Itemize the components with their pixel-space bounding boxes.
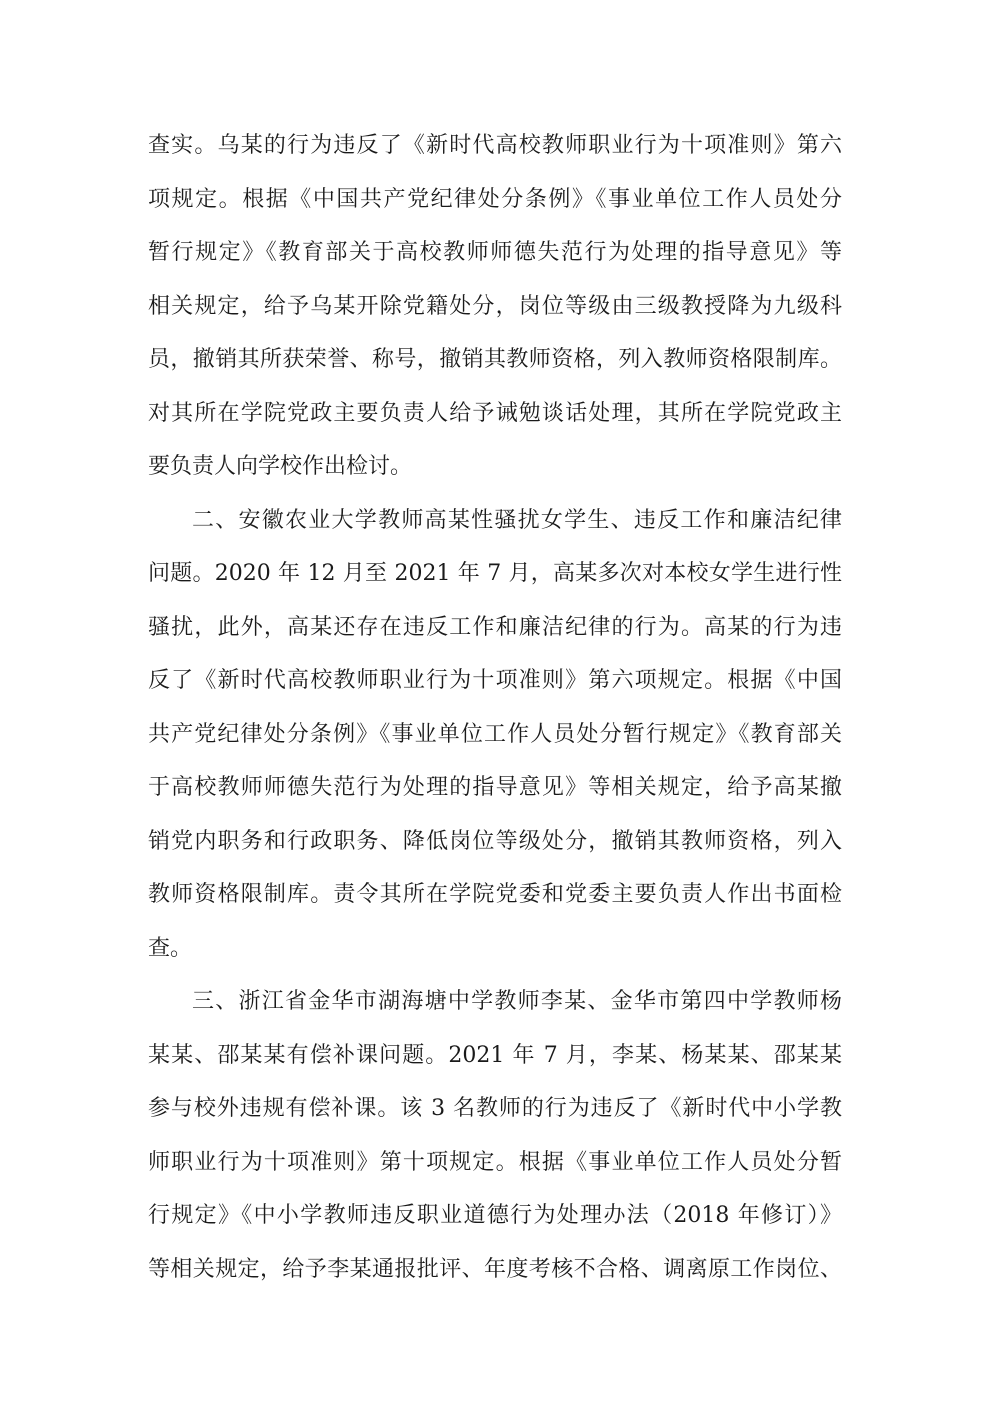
text-line: 项规定。根据《中国共产党纪律处分条例》《事业单位工作人员处分 <box>148 180 842 234</box>
document-page: 查实。乌某的行为违反了《新时代高校教师职业行为十项准则》第六 项规定。根据《中国… <box>148 126 842 1303</box>
text-line: 某某、邵某某有偿补课问题。2021 年 7 月，李某、杨某某、邵某某 <box>148 1036 842 1090</box>
text-line: 要负责人向学校作出检讨。 <box>148 447 842 501</box>
text-line: 销党内职务和行政职务、降低岗位等级处分，撤销其教师资格，列入 <box>148 822 842 876</box>
text-line: 行规定》《中小学教师违反职业道德行为处理办法（2018 年修订）》 <box>148 1196 842 1250</box>
text-line: 员，撤销其所获荣誉、称号，撤销其教师资格，列入教师资格限制库。 <box>148 340 842 394</box>
paragraph-case-3: 三、浙江省金华市湖海塘中学教师李某、金华市第四中学教师杨 某某、邵某某有偿补课问… <box>148 982 842 1303</box>
text-line: 骚扰，此外，高某还存在违反工作和廉洁纪律的行为。高某的行为违 <box>148 608 842 662</box>
text-line: 师职业行为十项准则》第十项规定。根据《事业单位工作人员处分暂 <box>148 1143 842 1197</box>
text-line: 相关规定，给予乌某开除党籍处分，岗位等级由三级教授降为九级科 <box>148 287 842 341</box>
text-line: 暂行规定》《教育部关于高校教师师德失范行为处理的指导意见》等 <box>148 233 842 287</box>
text-line: 教师资格限制库。责令其所在学院党委和党委主要负责人作出书面检 <box>148 875 842 929</box>
text-line: 共产党纪律处分条例》《事业单位工作人员处分暂行规定》《教育部关 <box>148 715 842 769</box>
text-line: 问题。2020 年 12 月至 2021 年 7 月，高某多次对本校女学生进行性 <box>148 554 842 608</box>
text-line: 查。 <box>148 929 842 983</box>
paragraph-case-2: 二、安徽农业大学教师高某性骚扰女学生、违反工作和廉洁纪律 问题。2020 年 1… <box>148 501 842 983</box>
text-line: 参与校外违规有偿补课。该 3 名教师的行为违反了《新时代中小学教 <box>148 1089 842 1143</box>
text-line: 查实。乌某的行为违反了《新时代高校教师职业行为十项准则》第六 <box>148 126 842 180</box>
text-line: 反了《新时代高校教师职业行为十项准则》第六项规定。根据《中国 <box>148 661 842 715</box>
text-line: 对其所在学院党政主要负责人给予诫勉谈话处理，其所在学院党政主 <box>148 394 842 448</box>
paragraph-heading-line: 三、浙江省金华市湖海塘中学教师李某、金华市第四中学教师杨 <box>148 982 842 1036</box>
paragraph-wu-case-continued: 查实。乌某的行为违反了《新时代高校教师职业行为十项准则》第六 项规定。根据《中国… <box>148 126 842 501</box>
text-line: 于高校教师师德失范行为处理的指导意见》等相关规定，给予高某撤 <box>148 768 842 822</box>
paragraph-heading-line: 二、安徽农业大学教师高某性骚扰女学生、违反工作和廉洁纪律 <box>148 501 842 555</box>
text-line: 等相关规定，给予李某通报批评、年度考核不合格、调离原工作岗位、 <box>148 1250 842 1304</box>
